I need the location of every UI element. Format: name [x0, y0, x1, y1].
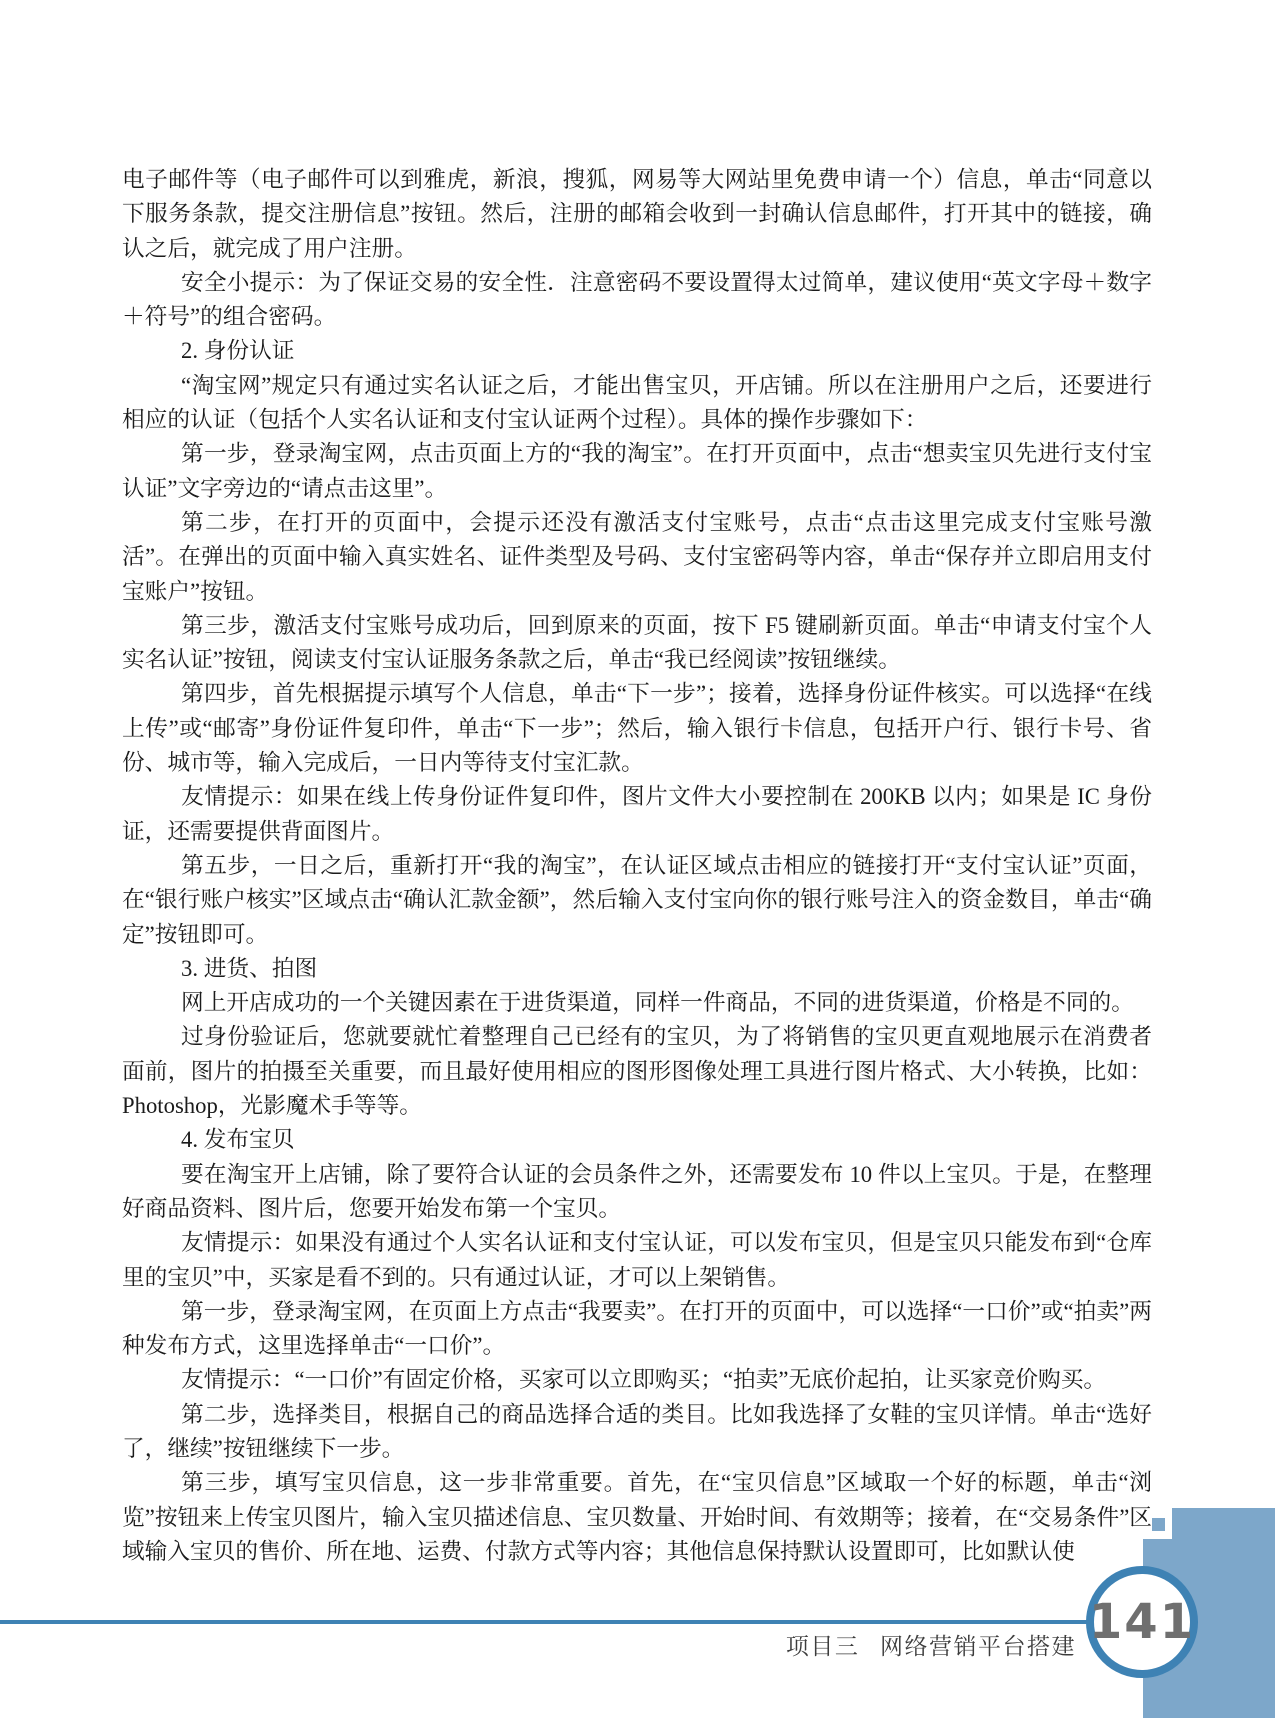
- body-paragraph: 第三步，填写宝贝信息，这一步非常重要。首先，在“宝贝信息”区域取一个好的标题，单…: [122, 1466, 1152, 1569]
- body-paragraph: 电子邮件等（电子邮件可以到雅虎，新浪，搜狐，网易等大网站里免费申请一个）信息，单…: [122, 163, 1152, 266]
- body-paragraph: 第二步，选择类目，根据自己的商品选择合适的类目。比如我选择了女鞋的宝贝详情。单击…: [122, 1398, 1152, 1467]
- page-number-badge: 141: [1086, 1566, 1198, 1678]
- corner-tab-square-decoration: [1152, 1518, 1165, 1531]
- book-page: 电子邮件等（电子邮件可以到雅虎，新浪，搜狐，网易等大网站里免费申请一个）信息，单…: [0, 0, 1275, 1718]
- footer-rule: [0, 1620, 1090, 1624]
- body-paragraph: 第四步，首先根据提示填写个人信息，单击“下一步”；接着，选择身份证件核实。可以选…: [122, 677, 1152, 780]
- body-paragraph: 第二步，在打开的页面中，会提示还没有激活支付宝账号，点击“点击这里完成支付宝账号…: [122, 506, 1152, 609]
- body-paragraph: 网上开店成功的一个关键因素在于进货渠道，同样一件商品，不同的进货渠道，价格是不同…: [122, 986, 1152, 1020]
- body-paragraph: 过身份验证后，您就要就忙着整理自己已经有的宝贝，为了将销售的宝贝更直观地展示在消…: [122, 1020, 1152, 1123]
- corner-tab-decoration: [1172, 1508, 1275, 1539]
- body-paragraph: 第三步，激活支付宝账号成功后，回到原来的页面，按下 F5 键刷新页面。单击“申请…: [122, 609, 1152, 678]
- footer-chapter: 项目三: [786, 1633, 860, 1659]
- body-paragraph: 第一步，登录淘宝网，点击页面上方的“我的淘宝”。在打开页面中，点击“想卖宝贝先进…: [122, 437, 1152, 506]
- body-paragraph: 安全小提示：为了保证交易的安全性．注意密码不要设置得太过简单，建议使用“英文字母…: [122, 266, 1152, 335]
- body-paragraph: 第一步，登录淘宝网，在页面上方点击“我要卖”。在打开的页面中，可以选择“一口价”…: [122, 1295, 1152, 1364]
- body-paragraph: 友情提示：如果在线上传身份证件复印件，图片文件大小要控制在 200KB 以内；如…: [122, 780, 1152, 849]
- page-body-text: 电子邮件等（电子邮件可以到雅虎，新浪，搜狐，网易等大网站里免费申请一个）信息，单…: [122, 163, 1152, 1569]
- footer: 项目三网络营销平台搭建: [0, 1628, 1076, 1661]
- body-paragraph: 第五步，一日之后，重新打开“我的淘宝”，在认证区域点击相应的链接打开“支付宝认证…: [122, 849, 1152, 952]
- body-paragraph: 友情提示：如果没有通过个人实名认证和支付宝认证，可以发布宝贝，但是宝贝只能发布到…: [122, 1226, 1152, 1295]
- section-heading: 3. 进货、拍图: [122, 952, 1152, 986]
- body-paragraph: 友情提示：“一口价”有固定价格，买家可以立即购买；“拍卖”无底价起拍，让买家竞价…: [122, 1363, 1152, 1397]
- body-paragraph: “淘宝网”规定只有通过实名认证之后，才能出售宝贝，开店铺。所以在注册用户之后，还…: [122, 369, 1152, 438]
- body-paragraph: 要在淘宝开上店铺，除了要符合认证的会员条件之外，还需要发布 10 件以上宝贝。于…: [122, 1158, 1152, 1227]
- page-number: 141: [1089, 1594, 1195, 1650]
- section-heading: 2. 身份认证: [122, 334, 1152, 368]
- footer-section-title: 网络营销平台搭建: [880, 1633, 1076, 1659]
- section-heading: 4. 发布宝贝: [122, 1123, 1152, 1157]
